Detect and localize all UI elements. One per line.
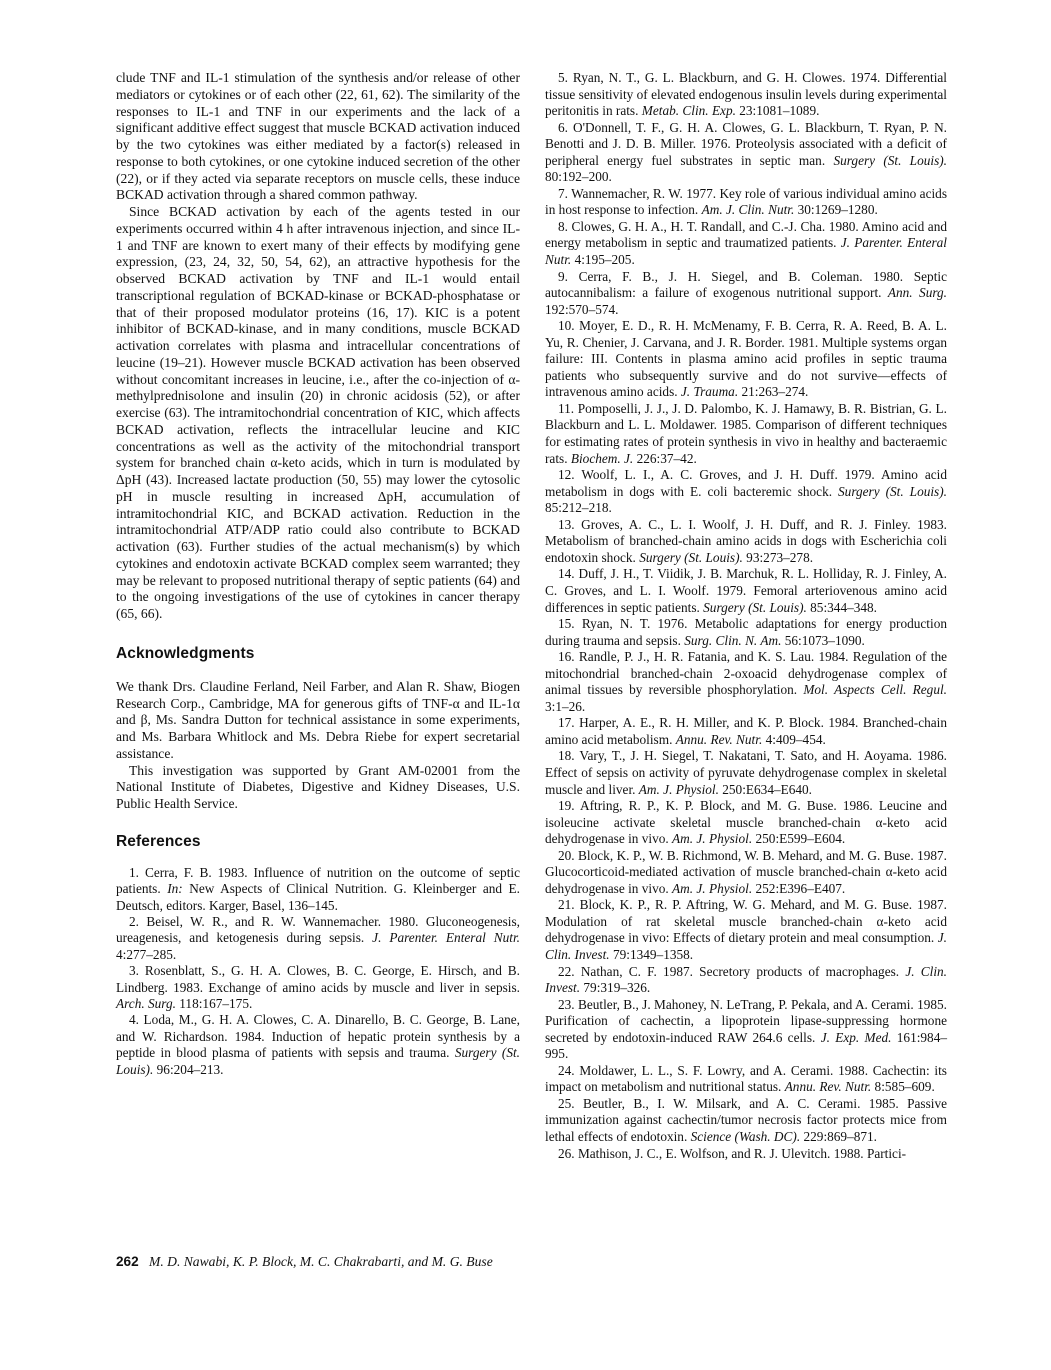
body-paragraph: Since BCKAD activation by each of the ag… [116,204,520,623]
left-column: clude TNF and IL-1 stimulation of the sy… [116,70,520,1078]
reference-item: 25. Beutler, B., I. W. Milsark, and A. C… [545,1096,947,1146]
reference-item: 11. Pomposelli, J. J., J. D. Palombo, K.… [545,401,947,467]
funding-paragraph: This investigation was supported by Gran… [116,763,520,813]
body-paragraph-continued: clude TNF and IL-1 stimulation of the sy… [116,70,520,204]
reference-item: 6. O'Donnell, T. F., G. H. A. Clowes, G.… [545,120,947,186]
reference-item: 26. Mathison, J. C., E. Wolfson, and R. … [545,1146,947,1163]
reference-item: 19. Aftring, R. P., K. P. Block, and M. … [545,798,947,848]
acknowledgments-paragraph: We thank Drs. Claudine Ferland, Neil Far… [116,679,520,763]
reference-item: 12. Woolf, L. I., A. C. Groves, and J. H… [545,467,947,517]
reference-item: 23. Beutler, B., J. Mahoney, N. LeTrang,… [545,997,947,1063]
reference-item: 24. Moldawer, L. L., S. F. Lowry, and A.… [545,1063,947,1096]
running-head-authors: M. D. Nawabi, K. P. Block, M. C. Chakrab… [149,1254,493,1269]
page-number: 262 [116,1254,149,1269]
reference-list-right: 5. Ryan, N. T., G. L. Blackburn, and G. … [545,70,947,1162]
right-column: 5. Ryan, N. T., G. L. Blackburn, and G. … [545,70,947,1162]
reference-item: 4. Loda, M., G. H. A. Clowes, C. A. Dina… [116,1012,520,1078]
reference-list-left: 1. Cerra, F. B. 1983. Influence of nutri… [116,865,520,1078]
reference-item: 10. Moyer, E. D., R. H. McMenamy, F. B. … [545,318,947,401]
reference-item: 7. Wannemacher, R. W. 1977. Key role of … [545,186,947,219]
reference-item: 17. Harper, A. E., R. H. Miller, and K. … [545,715,947,748]
reference-item: 16. Randle, P. J., H. R. Fatania, and K.… [545,649,947,715]
reference-item: 15. Ryan, N. T. 1976. Metabolic adaptati… [545,616,947,649]
references-heading: References [116,833,520,851]
reference-item: 14. Duff, J. H., T. Viidik, J. B. Marchu… [545,566,947,616]
reference-item: 8. Clowes, G. H. A., H. T. Randall, and … [545,219,947,269]
reference-item: 18. Vary, T., J. H. Siegel, T. Nakatani,… [545,748,947,798]
reference-item: 2. Beisel, W. R., and R. W. Wannemacher.… [116,914,520,963]
acknowledgments-heading: Acknowledgments [116,645,520,663]
page-footer: 262M. D. Nawabi, K. P. Block, M. C. Chak… [116,1254,493,1270]
reference-item: 9. Cerra, F. B., J. H. Siegel, and B. Co… [545,269,947,319]
reference-item: 5. Ryan, N. T., G. L. Blackburn, and G. … [545,70,947,120]
reference-item: 21. Block, K. P., R. P. Aftring, W. G. M… [545,897,947,963]
reference-item: 1. Cerra, F. B. 1983. Influence of nutri… [116,865,520,914]
reference-item: 13. Groves, A. C., L. I. Woolf, J. H. Du… [545,517,947,567]
reference-item: 3. Rosenblatt, S., G. H. A. Clowes, B. C… [116,963,520,1012]
reference-item: 20. Block, K. P., W. B. Richmond, W. B. … [545,848,947,898]
reference-item: 22. Nathan, C. F. 1987. Secretory produc… [545,964,947,997]
